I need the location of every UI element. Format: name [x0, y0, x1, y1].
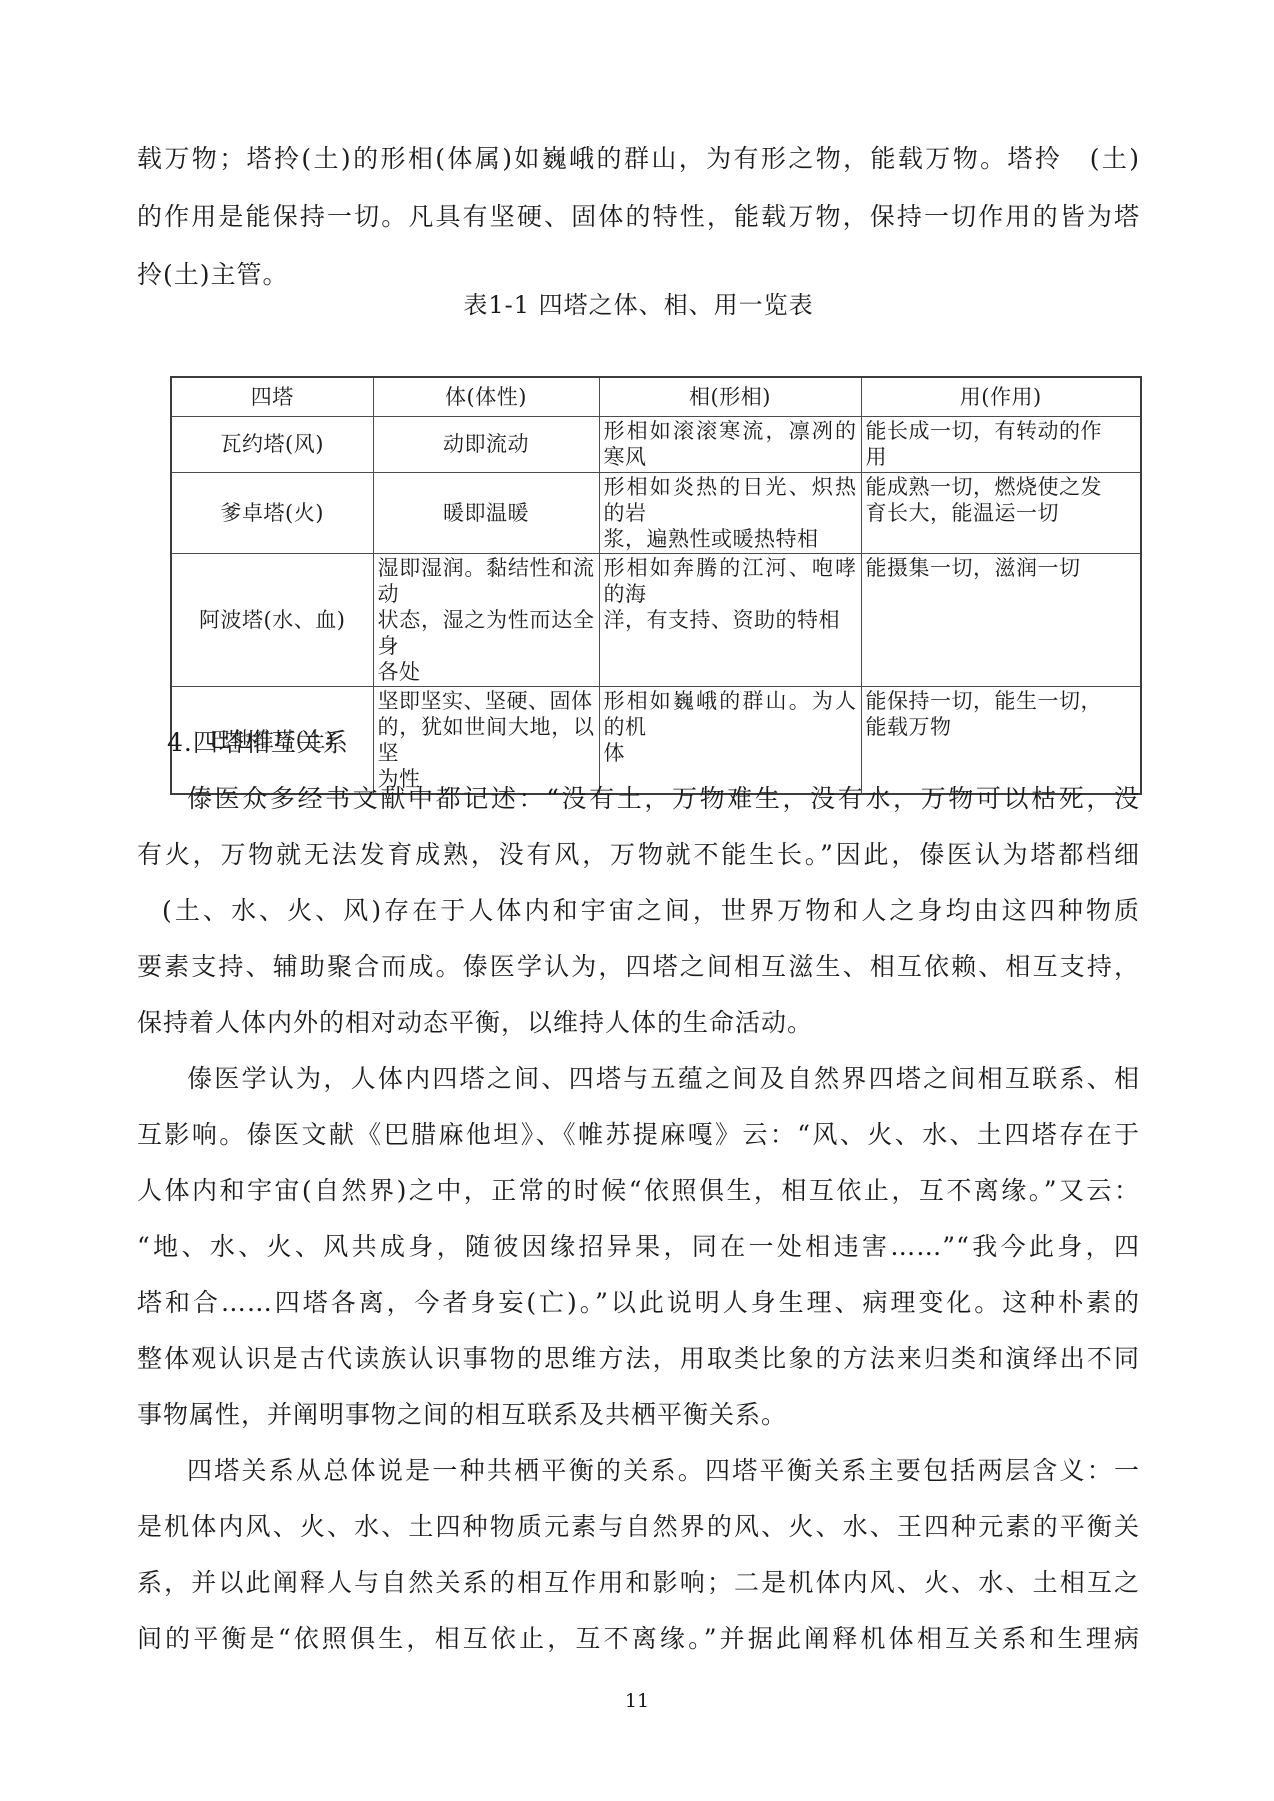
body-line: 傣医众多经书文献中都记述：“没有土，万物难生，没有水，万物可以枯死，没	[137, 771, 1140, 827]
body-line: (土、水、火、风)存在于人体内和宇宙之间，世界万物和人之身均由这四种物质	[137, 883, 1140, 939]
header-pagoda: 四塔	[171, 377, 373, 416]
cell-nature: 动即流动	[373, 416, 599, 472]
body-line: 有火，万物就无法发育成熟，没有风，万物就不能生长。”因此，傣医认为塔都档细	[137, 827, 1140, 883]
cell-form: 形相如炎热的日光、炽热的岩 浆，遍熟性或暖热特相	[599, 472, 861, 553]
body-line: 系，并以此阐释人与自然关系的相互作用和影响；二是机体内风、火、水、土相互之	[137, 1555, 1140, 1611]
cell-pagoda: 爹卓塔(火)	[171, 472, 373, 553]
header-form: 相(形相)	[599, 377, 861, 416]
body-line: 是机体内风、火、水、土四种物质元素与自然界的风、火、水、王四种元素的平衡关	[137, 1499, 1140, 1555]
body-line: 要素支持、辅助聚合而成。傣医学认为，四塔之间相互滋生、相互依赖、相互支持，	[137, 939, 1140, 995]
cell-nature: 湿即湿润。黏结性和流动 状态，湿之为性而达全身 各处	[373, 553, 599, 686]
cell-pagoda: 阿波塔(水、血)	[171, 553, 373, 686]
body-line: 塔和合……四塔各离，今者身妄(亡)。”以此说明人身生理、病理变化。这种朴素的	[137, 1275, 1140, 1331]
body-line: 整体观认识是古代读族认识事物的思维方法，用取类比象的方法来归类和演绎出不同	[137, 1331, 1140, 1387]
body-line: 互影响。傣医文献《巴腊麻他坦》、《帷苏提麻嘎》云：“风、火、水、土四塔存在于	[137, 1107, 1140, 1163]
body-line: “地、水、火、风共成身，随彼因缘招异果，同在一处相违害……”“我今此身，四	[137, 1219, 1140, 1275]
table-header-row: 四塔 体(体性) 相(形相) 用(作用)	[171, 377, 1141, 416]
section-heading: 4.四塔相互关系	[137, 715, 1140, 771]
body-line: 保持着人体内外的相对动态平衡，以维持人体的生命活动。	[137, 995, 1140, 1051]
body-line: 人体内和宇宙(自然界)之中，正常的时候“依照俱生，相互依止，互不离缘。”又云：	[137, 1163, 1140, 1219]
page-number: 11	[0, 1690, 1274, 1712]
cell-function: 能长成一切，有转动的作 用	[861, 416, 1141, 472]
table-row: 爹卓塔(火) 暖即温暖 形相如炎热的日光、炽热的岩 浆，遍熟性或暖热特相 能成熟…	[171, 472, 1141, 553]
intro-paragraph: 载万物；塔拎(土)的形相(体属)如巍峨的群山，为有形之物，能载万物。塔拎 (土)…	[137, 130, 1140, 304]
body-line: 事物属性，并阐明事物之间的相互联系及共栖平衡关系。	[137, 1387, 1140, 1443]
body-line: 四塔关系从总体说是一种共栖平衡的关系。四塔平衡关系主要包括两层含义：一	[137, 1443, 1140, 1499]
table-caption: 表1-1 四塔之体、相、用一览表	[137, 285, 1140, 325]
cell-pagoda: 瓦约塔(风)	[171, 416, 373, 472]
cell-nature: 暖即温暖	[373, 472, 599, 553]
section-body: 4.四塔相互关系 傣医众多经书文献中都记述：“没有土，万物难生，没有水，万物可以…	[137, 715, 1140, 1667]
intro-line: 的作用是能保持一切。凡具有坚硬、固体的特性，能载万物，保持一切作用的皆为塔	[137, 188, 1140, 246]
body-line: 间的平衡是“依照俱生，相互依止，互不离缘。”并据此阐释机体相互关系和生理病	[137, 1611, 1140, 1667]
header-function: 用(作用)	[861, 377, 1141, 416]
cell-function: 能成熟一切，燃烧使之发 育长大，能温运一切	[861, 472, 1141, 553]
body-line: 傣医学认为，人体内四塔之间、四塔与五蕴之间及自然界四塔之间相互联系、相	[137, 1051, 1140, 1107]
header-nature: 体(体性)	[373, 377, 599, 416]
table-row: 瓦约塔(风) 动即流动 形相如滚滚寒流，凛冽的寒风 能长成一切，有转动的作 用	[171, 416, 1141, 472]
document-page: 载万物；塔拎(土)的形相(体属)如巍峨的群山，为有形之物，能载万物。塔拎 (土)…	[0, 0, 1274, 1801]
cell-function: 能摄集一切，滋润一切	[861, 553, 1141, 686]
table-row: 阿波塔(水、血) 湿即湿润。黏结性和流动 状态，湿之为性而达全身 各处 形相如奔…	[171, 553, 1141, 686]
cell-form: 形相如奔腾的江河、咆哮的海 洋，有支持、资助的特相	[599, 553, 861, 686]
cell-form: 形相如滚滚寒流，凛冽的寒风	[599, 416, 861, 472]
intro-line: 载万物；塔拎(土)的形相(体属)如巍峨的群山，为有形之物，能载万物。塔拎 (土)	[137, 130, 1140, 188]
